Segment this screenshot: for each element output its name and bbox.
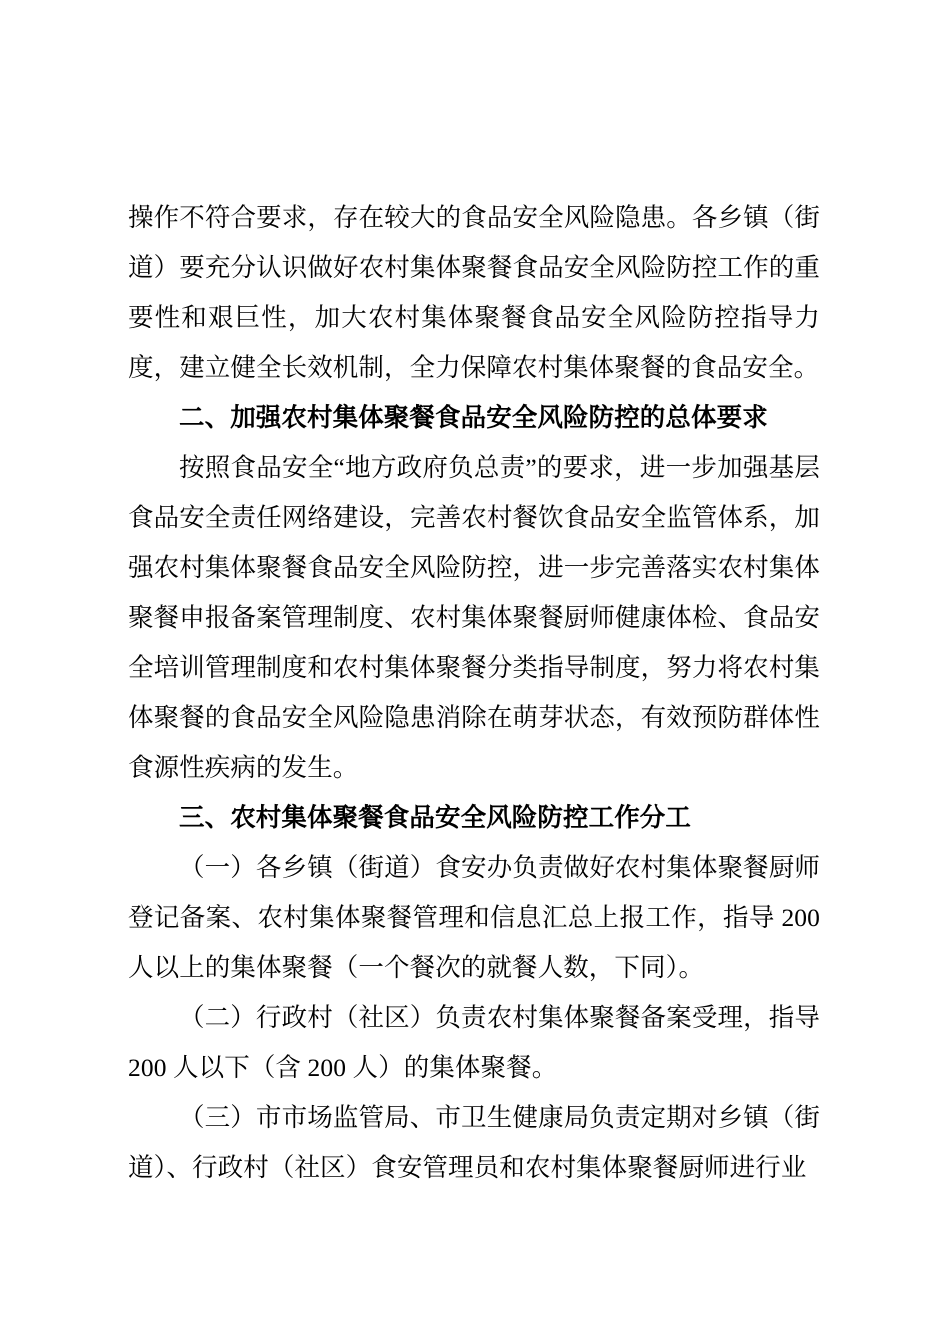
document-content: 操作不符合要求，存在较大的食品安全风险隐患。各乡镇（街道）要充分认识做好农村集体… — [128, 193, 820, 1193]
body-paragraph: （一）各乡镇（街道）食安办负责做好农村集体聚餐厨师登记备案、农村集体聚餐管理和信… — [128, 843, 820, 993]
body-paragraph: （三）市市场监管局、市卫生健康局负责定期对乡镇（街道）、行政村（社区）食安管理员… — [128, 1093, 820, 1193]
section-heading: 三、农村集体聚餐食品安全风险防控工作分工 — [128, 793, 820, 843]
body-paragraph: 按照食品安全“地方政府负总责”的要求，进一步加强基层食品安全责任网络建设，完善农… — [128, 443, 820, 793]
body-paragraph: 操作不符合要求，存在较大的食品安全风险隐患。各乡镇（街道）要充分认识做好农村集体… — [128, 193, 820, 393]
body-paragraph: （二）行政村（社区）负责农村集体聚餐备案受理，指导 200 人以下（含 200 … — [128, 993, 820, 1093]
document-page: 操作不符合要求，存在较大的食品安全风险隐患。各乡镇（街道）要充分认识做好农村集体… — [0, 0, 950, 1344]
section-heading: 二、加强农村集体聚餐食品安全风险防控的总体要求 — [128, 393, 820, 443]
